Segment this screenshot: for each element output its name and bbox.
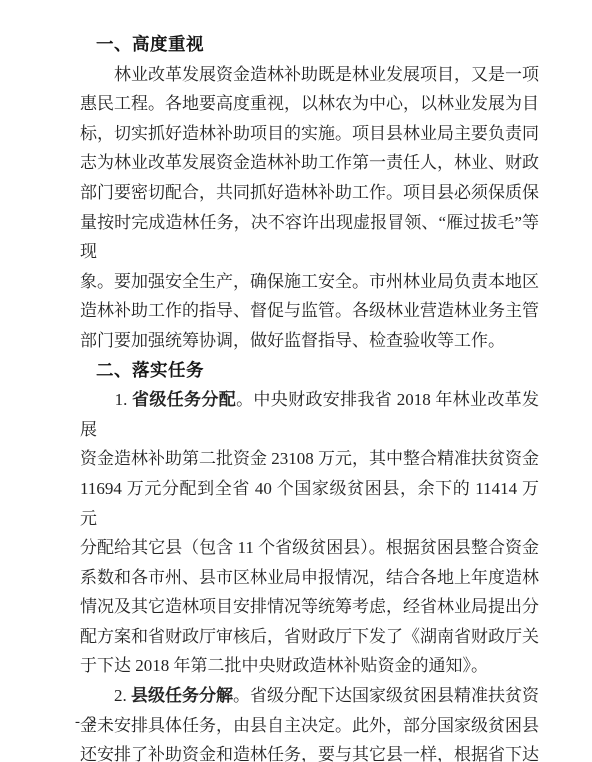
text-segment: 分配给其它县（包含 11 个省级贫困县）。根据贫困县整合资金	[80, 538, 539, 557]
text-segment: 11694 万元分配到全省 40 个国家级贫困县，余下的 11414 万元	[80, 479, 539, 528]
text-line: 造林补助工作的指导、督促与监管。各级林业营造林业务主管	[80, 296, 539, 326]
emphasis-text: 县级任务分解	[131, 686, 233, 705]
text-segment: 系数和各市州、县市区林业局申报情况，结合各地上年度造林	[80, 568, 539, 587]
text-line: 志为林业改革发展资金造林补助工作第一责任人，林业、财政	[80, 148, 539, 178]
text-segment: 标，切实抓好造林补助项目的实施。项目县林业局主要负责同	[80, 124, 539, 143]
text-segment: 资金造林补助第二批资金 23108 万元，其中整合精准扶贫资金	[80, 449, 539, 468]
document-body: 一、高度重视 林业改革发展资金造林补助既是林业发展项目，又是一项惠民工程。各地要…	[80, 30, 539, 762]
text-line: 标，切实抓好造林补助项目的实施。项目县林业局主要负责同	[80, 119, 539, 149]
text-segment: 。省级分配下达国家级贫困县精准扶贫资	[233, 686, 539, 705]
text-segment: 林业改革发展资金造林补助既是林业发展项目，又是一项	[80, 65, 539, 84]
text-line: 量按时完成造林任务，决不容许出现虚报冒领、“雁过拔毛”等现	[80, 208, 539, 267]
text-segment: 还安排了补助资金和造林任务，要与其它县一样，根据省下达	[80, 745, 539, 762]
text-line: 11694 万元分配到全省 40 个国家级贫困县，余下的 11414 万元	[80, 474, 539, 533]
text-line: 部门要加强统筹协调，做好监督指导、检查验收等工作。	[80, 326, 539, 356]
text-line: 配方案和省财政厅审核后，省财政厅下发了《湖南省财政厅关	[80, 622, 539, 652]
text-segment: 于下达 2018 年第二批中央财政造林补贴资金的通知》。	[80, 656, 488, 675]
page-number: - 2 -	[75, 714, 113, 731]
text-line: 惠民工程。各地要高度重视，以林农为中心，以林业发展为目	[80, 89, 539, 119]
text-line: 象。要加强安全生产，确保施工安全。市州林业局负责本地区	[80, 267, 539, 297]
text-segment: 配方案和省财政厅审核后，省财政厅下发了《湖南省财政厅关	[80, 627, 539, 646]
text-line: 还安排了补助资金和造林任务，要与其它县一样，根据省下达	[80, 740, 539, 762]
text-line: 于下达 2018 年第二批中央财政造林补贴资金的通知》。	[80, 651, 539, 681]
section-heading: 二、落实任务	[80, 356, 539, 386]
text-segment: 1.	[80, 390, 132, 409]
text-segment: 志为林业改革发展资金造林补助工作第一责任人，林业、财政	[80, 153, 539, 172]
text-segment: 造林补助工作的指导、督促与监管。各级林业营造林业务主管	[80, 301, 539, 320]
text-line: 系数和各市州、县市区林业局申报情况，结合各地上年度造林	[80, 563, 539, 593]
text-segment: 惠民工程。各地要高度重视，以林农为中心，以林业发展为目	[80, 94, 539, 113]
text-segment: 象。要加强安全生产，确保施工安全。市州林业局负责本地区	[80, 272, 539, 291]
text-line: 情况及其它造林项目安排情况等统筹考虑，经省林业局提出分	[80, 592, 539, 622]
text-line: 1. 省级任务分配。中央财政安排我省 2018 年林业改革发展	[80, 385, 539, 444]
section-heading: 一、高度重视	[80, 30, 539, 60]
text-line: 部门要密切配合，共同抓好造林补助工作。项目县必须保质保	[80, 178, 539, 208]
text-line: 资金造林补助第二批资金 23108 万元，其中整合精准扶贫资金	[80, 444, 539, 474]
text-segment: 部门要加强统筹协调，做好监督指导、检查验收等工作。	[80, 331, 505, 350]
text-line: 2. 县级任务分解。省级分配下达国家级贫困县精准扶贫资	[80, 681, 539, 711]
text-segment: 2.	[80, 686, 131, 705]
text-segment: 量按时完成造林任务，决不容许出现虚报冒领、“雁过拔毛”等现	[80, 213, 539, 262]
text-line: 金未安排具体任务，由县自主决定。此外，部分国家级贫困县	[80, 711, 539, 741]
text-segment: 情况及其它造林项目安排情况等统筹考虑，经省林业局提出分	[80, 597, 539, 616]
text-line: 林业改革发展资金造林补助既是林业发展项目，又是一项	[80, 60, 539, 90]
text-segment: 金未安排具体任务，由县自主决定。此外，部分国家级贫困县	[80, 716, 539, 735]
text-segment: 部门要密切配合，共同抓好造林补助工作。项目县必须保质保	[80, 183, 539, 202]
emphasis-text: 省级任务分配	[132, 390, 236, 409]
text-line: 分配给其它县（包含 11 个省级贫困县）。根据贫困县整合资金	[80, 533, 539, 563]
document-page: 一、高度重视 林业改革发展资金造林补助既是林业发展项目，又是一项惠民工程。各地要…	[0, 0, 592, 762]
